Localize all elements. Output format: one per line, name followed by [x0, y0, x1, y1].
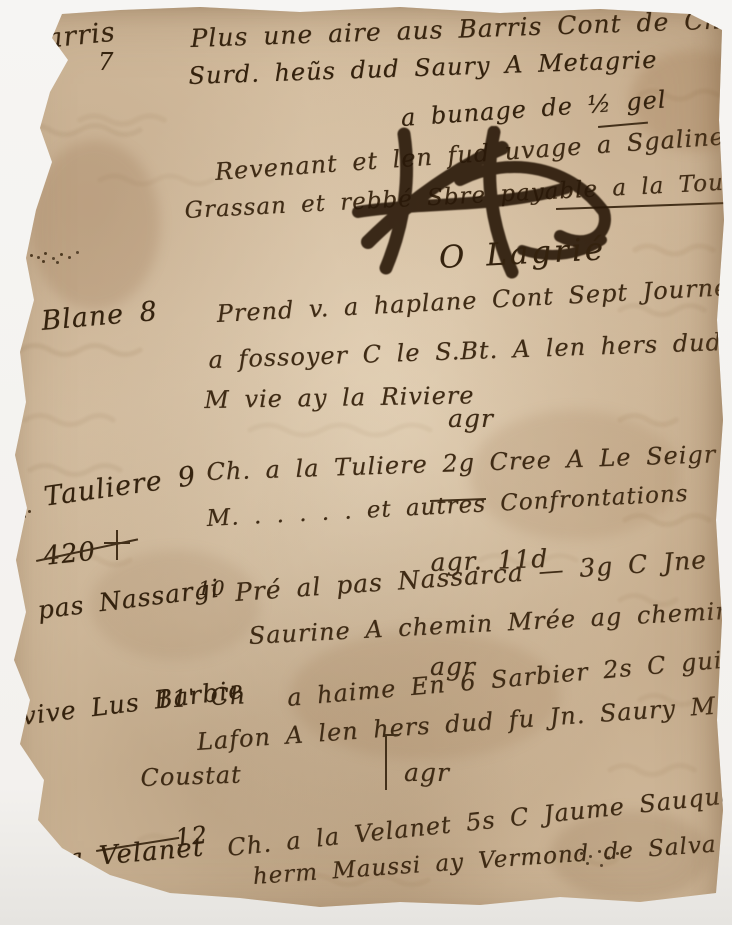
entry-8-agr: agr [448, 404, 494, 433]
margin-note-barris-number: 7 [98, 48, 114, 76]
ink-speckles [30, 254, 33, 257]
scanned-manuscript: Barris 7 Plus une aire aus Barris Cont d… [0, 0, 732, 925]
manuscript-page: Barris 7 Plus une aire aus Barris Cont d… [0, 0, 732, 925]
cross-mark-horizontal [104, 542, 130, 544]
cross-mark-vertical [116, 530, 118, 560]
bracket-top [385, 734, 399, 736]
margin-note-pas-nassargi-number: 10 [198, 576, 225, 600]
entry-11-line-3: Coustat [140, 760, 242, 792]
entry-8-line-3: M vie ay la Riviere [204, 381, 475, 414]
ink-speckles [18, 512, 21, 515]
entry-11-agr: agr [404, 758, 450, 787]
bracket-vertical [385, 734, 387, 790]
